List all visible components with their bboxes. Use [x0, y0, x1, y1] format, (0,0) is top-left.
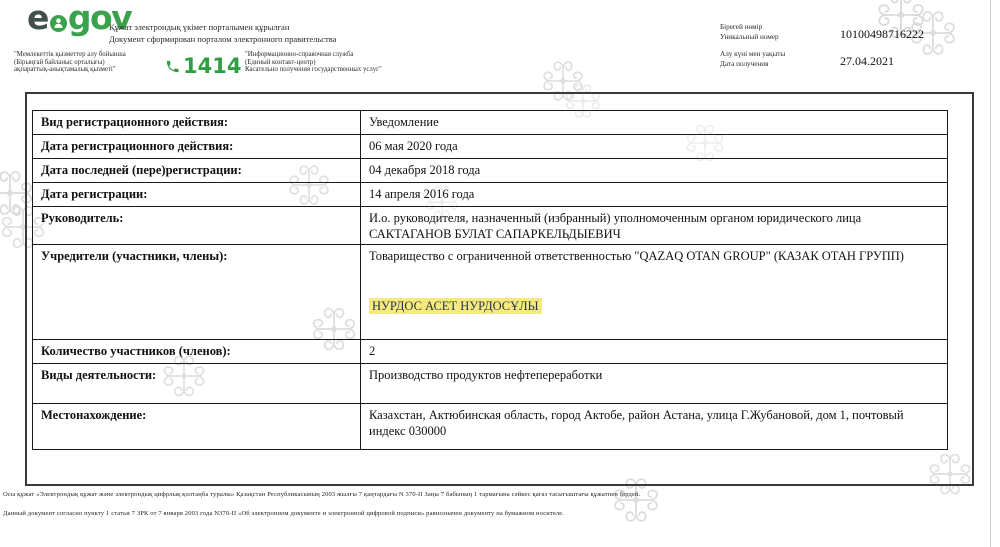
unique-number-label: Бірегей нөмір Уникальный номер	[720, 23, 779, 42]
row-value: И.о. руководителя, назначенный (избранны…	[361, 207, 948, 245]
table-row: Местонахождение:Казахстан, Актюбинская о…	[33, 404, 948, 450]
row-value-line: Товарищество с ограниченной ответственно…	[369, 248, 939, 264]
unique-number-value: 10100498716222	[840, 27, 924, 42]
row-value-line: 04 декабря 2018 года	[369, 162, 939, 178]
hotline-1414: 1414	[165, 54, 241, 78]
row-value-line: Уведомление	[369, 114, 939, 130]
table-row: Учредители (участники, члены):Товарищест…	[33, 245, 948, 340]
row-label: Местонахождение:	[33, 404, 361, 450]
portal-note-ru: Документ сформирован порталом электронно…	[109, 34, 336, 46]
contact-ru-line: (Единый контакт-центр)	[245, 59, 382, 67]
hotline-number: 1414	[183, 54, 241, 78]
row-value-line: 06 мая 2020 года	[369, 138, 939, 154]
row-value-line: И.о. руководителя, назначенный (избранны…	[369, 210, 939, 226]
row-label: Дата регистрационного действия:	[33, 135, 361, 159]
table-row: Количество участников (членов):2	[33, 340, 948, 364]
legal-note-kk: Осы құжат «Электрондық құжат және электр…	[3, 491, 640, 498]
table-row: Виды деятельности:Производство продуктов…	[33, 364, 948, 404]
row-label: Виды деятельности:	[33, 364, 361, 404]
row-value: Казахстан, Актюбинская область, город Ак…	[361, 404, 948, 450]
portal-note: Құжат электрондық үкімет порталымен құры…	[109, 22, 336, 45]
page-edge-line	[990, 0, 991, 547]
contact-service-ru: "Информационно-справочная служба (Единый…	[245, 51, 382, 74]
table-row: Дата последней (пере)регистрации:04 дека…	[33, 159, 948, 183]
row-value: Товарищество с ограниченной ответственно…	[361, 245, 948, 340]
highlighted-text: НУРДОС АСЕТ НУРДОСҰЛЫ	[369, 298, 542, 314]
row-value-line: 2	[369, 343, 939, 359]
row-value-line: 14 апреля 2016 года	[369, 186, 939, 202]
contact-kk-line: "Мемлекеттік қызметтер алу бойынша	[14, 51, 126, 59]
contact-kk-line: ақпараттық-анықтамалық қызметі"	[14, 66, 126, 74]
row-label: Дата регистрации:	[33, 183, 361, 207]
row-value: 2	[361, 340, 948, 364]
row-label: Руководитель:	[33, 207, 361, 245]
row-value: Уведомление	[361, 111, 948, 135]
row-value-line: Производство продуктов нефтепереработки	[369, 367, 939, 383]
egov-logo-e: e	[27, 0, 48, 38]
row-label: Учредители (участники, члены):	[33, 245, 361, 340]
table-row: Вид регистрационного действия:Уведомлени…	[33, 111, 948, 135]
row-label: Количество участников (членов):	[33, 340, 361, 364]
row-label: Дата последней (пере)регистрации:	[33, 159, 361, 183]
row-value: 06 мая 2020 года	[361, 135, 948, 159]
received-date-value: 27.04.2021	[840, 54, 894, 69]
legal-note-ru: Данный документ согласно пункту 1 статьи…	[3, 510, 564, 517]
registration-table: Вид регистрационного действия:Уведомлени…	[32, 110, 948, 450]
contact-kk-line: (Бірыңғай байланыс орталығы)	[14, 59, 126, 67]
portal-note-kk: Құжат электрондық үкімет порталымен құры…	[109, 22, 336, 34]
row-value: Производство продуктов нефтепереработки	[361, 364, 948, 404]
table-row: Дата регистрационного действия:06 мая 20…	[33, 135, 948, 159]
row-value: 04 декабря 2018 года	[361, 159, 948, 183]
phone-icon	[165, 59, 180, 74]
row-label: Вид регистрационного действия:	[33, 111, 361, 135]
person-icon	[50, 15, 67, 32]
table-row: Дата регистрации:14 апреля 2016 года	[33, 183, 948, 207]
received-date-label: Алу күні мен уақыты Дата получения	[720, 50, 785, 69]
contact-ru-line: "Информационно-справочная служба	[245, 51, 382, 59]
contact-service-kk: "Мемлекеттік қызметтер алу бойынша (Біры…	[14, 51, 126, 74]
egov-document-page: e gov Құжат электрондық үкімет порталыме…	[0, 0, 1000, 547]
row-value-line: САКТАГАНОВ БУЛАТ САПАРКЕЛЬДЫЕВИЧ	[369, 226, 939, 242]
row-value-line: Казахстан, Актюбинская область, город Ак…	[369, 407, 939, 439]
contact-ru-line: Касательно получения государственных усл…	[245, 66, 382, 74]
table-row: Руководитель:И.о. руководителя, назначен…	[33, 207, 948, 245]
row-value-line: НУРДОС АСЕТ НУРДОСҰЛЫ	[369, 298, 939, 314]
row-value: 14 апреля 2016 года	[361, 183, 948, 207]
